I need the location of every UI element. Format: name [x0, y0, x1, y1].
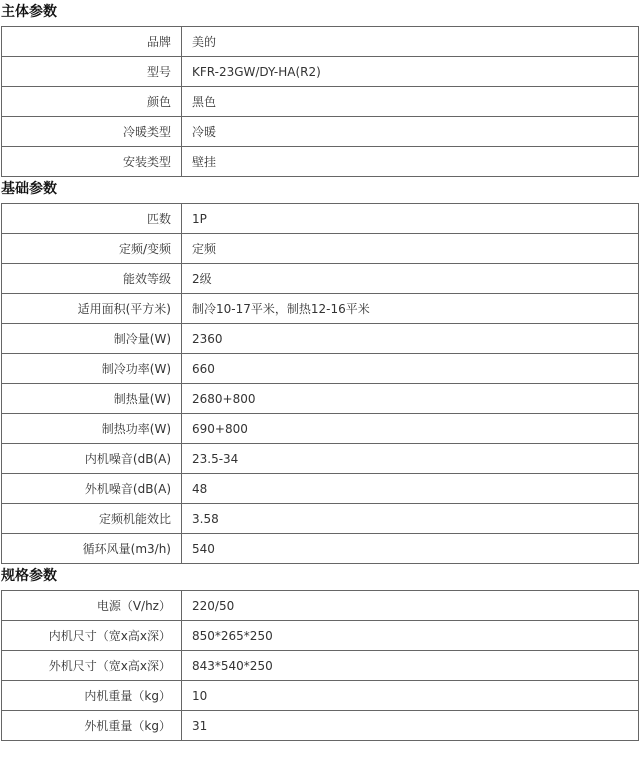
- row-label: 制热功率(W): [2, 414, 182, 444]
- section-title: 基础参数: [0, 177, 642, 203]
- row-value: 壁挂: [182, 147, 639, 177]
- row-value: 3.58: [182, 504, 639, 534]
- table-row: 内机噪音(dB(A)23.5-34: [2, 444, 639, 474]
- table-row: 品牌美的: [2, 27, 639, 57]
- section-title: 主体参数: [0, 0, 642, 26]
- row-value: 850*265*250: [182, 621, 639, 651]
- table-row: 定频机能效比3.58: [2, 504, 639, 534]
- table-row: 能效等级2级: [2, 264, 639, 294]
- row-value: 660: [182, 354, 639, 384]
- row-value: 制冷10-17平米，制热12-16平米: [182, 294, 639, 324]
- row-label: 安装类型: [2, 147, 182, 177]
- table-row: 内机尺寸（宽x高x深）850*265*250: [2, 621, 639, 651]
- table-row: 循环风量(m3/h)540: [2, 534, 639, 564]
- row-value: 定频: [182, 234, 639, 264]
- table-row: 外机噪音(dB(A)48: [2, 474, 639, 504]
- row-label: 外机噪音(dB(A): [2, 474, 182, 504]
- row-value: 黑色: [182, 87, 639, 117]
- row-label: 冷暖类型: [2, 117, 182, 147]
- row-label: 品牌: [2, 27, 182, 57]
- row-label: 匹数: [2, 204, 182, 234]
- row-value: 美的: [182, 27, 639, 57]
- table-row: 冷暖类型冷暖: [2, 117, 639, 147]
- row-value: 48: [182, 474, 639, 504]
- row-label: 内机噪音(dB(A): [2, 444, 182, 474]
- section-title: 规格参数: [0, 564, 642, 590]
- row-value: 31: [182, 711, 639, 741]
- row-label: 内机重量（kg）: [2, 681, 182, 711]
- row-value: 10: [182, 681, 639, 711]
- row-label: 制冷量(W): [2, 324, 182, 354]
- table-row: 制冷功率(W)660: [2, 354, 639, 384]
- row-value: 2级: [182, 264, 639, 294]
- row-label: 内机尺寸（宽x高x深）: [2, 621, 182, 651]
- table-row: 适用面积(平方米)制冷10-17平米，制热12-16平米: [2, 294, 639, 324]
- row-label: 定频/变频: [2, 234, 182, 264]
- spec-table: 电源（V/hz）220/50 内机尺寸（宽x高x深）850*265*250 外机…: [1, 590, 639, 741]
- spec-table: 匹数1P 定频/变频定频 能效等级2级 适用面积(平方米)制冷10-17平米，制…: [1, 203, 639, 564]
- row-label: 型号: [2, 57, 182, 87]
- table-row: 型号KFR-23GW/DY-HA(R2): [2, 57, 639, 87]
- row-value: 冷暖: [182, 117, 639, 147]
- table-row: 制热量(W)2680+800: [2, 384, 639, 414]
- row-value: 690+800: [182, 414, 639, 444]
- row-value: 220/50: [182, 591, 639, 621]
- row-label: 外机尺寸（宽x高x深）: [2, 651, 182, 681]
- table-row: 制冷量(W)2360: [2, 324, 639, 354]
- table-row: 制热功率(W)690+800: [2, 414, 639, 444]
- row-value: 1P: [182, 204, 639, 234]
- row-label: 能效等级: [2, 264, 182, 294]
- spec-table: 品牌美的 型号KFR-23GW/DY-HA(R2) 颜色黑色 冷暖类型冷暖 安装…: [1, 26, 639, 177]
- row-label: 适用面积(平方米): [2, 294, 182, 324]
- row-value: KFR-23GW/DY-HA(R2): [182, 57, 639, 87]
- table-row: 匹数1P: [2, 204, 639, 234]
- row-label: 循环风量(m3/h): [2, 534, 182, 564]
- row-label: 定频机能效比: [2, 504, 182, 534]
- section-spec-params: 规格参数 电源（V/hz）220/50 内机尺寸（宽x高x深）850*265*2…: [0, 564, 642, 741]
- row-value: 2360: [182, 324, 639, 354]
- section-main-params: 主体参数 品牌美的 型号KFR-23GW/DY-HA(R2) 颜色黑色 冷暖类型…: [0, 0, 642, 177]
- table-row: 内机重量（kg）10: [2, 681, 639, 711]
- row-label: 电源（V/hz）: [2, 591, 182, 621]
- table-row: 定频/变频定频: [2, 234, 639, 264]
- row-label: 制冷功率(W): [2, 354, 182, 384]
- row-label: 制热量(W): [2, 384, 182, 414]
- row-value: 843*540*250: [182, 651, 639, 681]
- row-value: 2680+800: [182, 384, 639, 414]
- table-row: 安装类型壁挂: [2, 147, 639, 177]
- table-row: 外机尺寸（宽x高x深）843*540*250: [2, 651, 639, 681]
- row-value: 540: [182, 534, 639, 564]
- table-row: 颜色黑色: [2, 87, 639, 117]
- table-row: 外机重量（kg）31: [2, 711, 639, 741]
- table-row: 电源（V/hz）220/50: [2, 591, 639, 621]
- section-basic-params: 基础参数 匹数1P 定频/变频定频 能效等级2级 适用面积(平方米)制冷10-1…: [0, 177, 642, 564]
- row-label: 颜色: [2, 87, 182, 117]
- row-value: 23.5-34: [182, 444, 639, 474]
- row-label: 外机重量（kg）: [2, 711, 182, 741]
